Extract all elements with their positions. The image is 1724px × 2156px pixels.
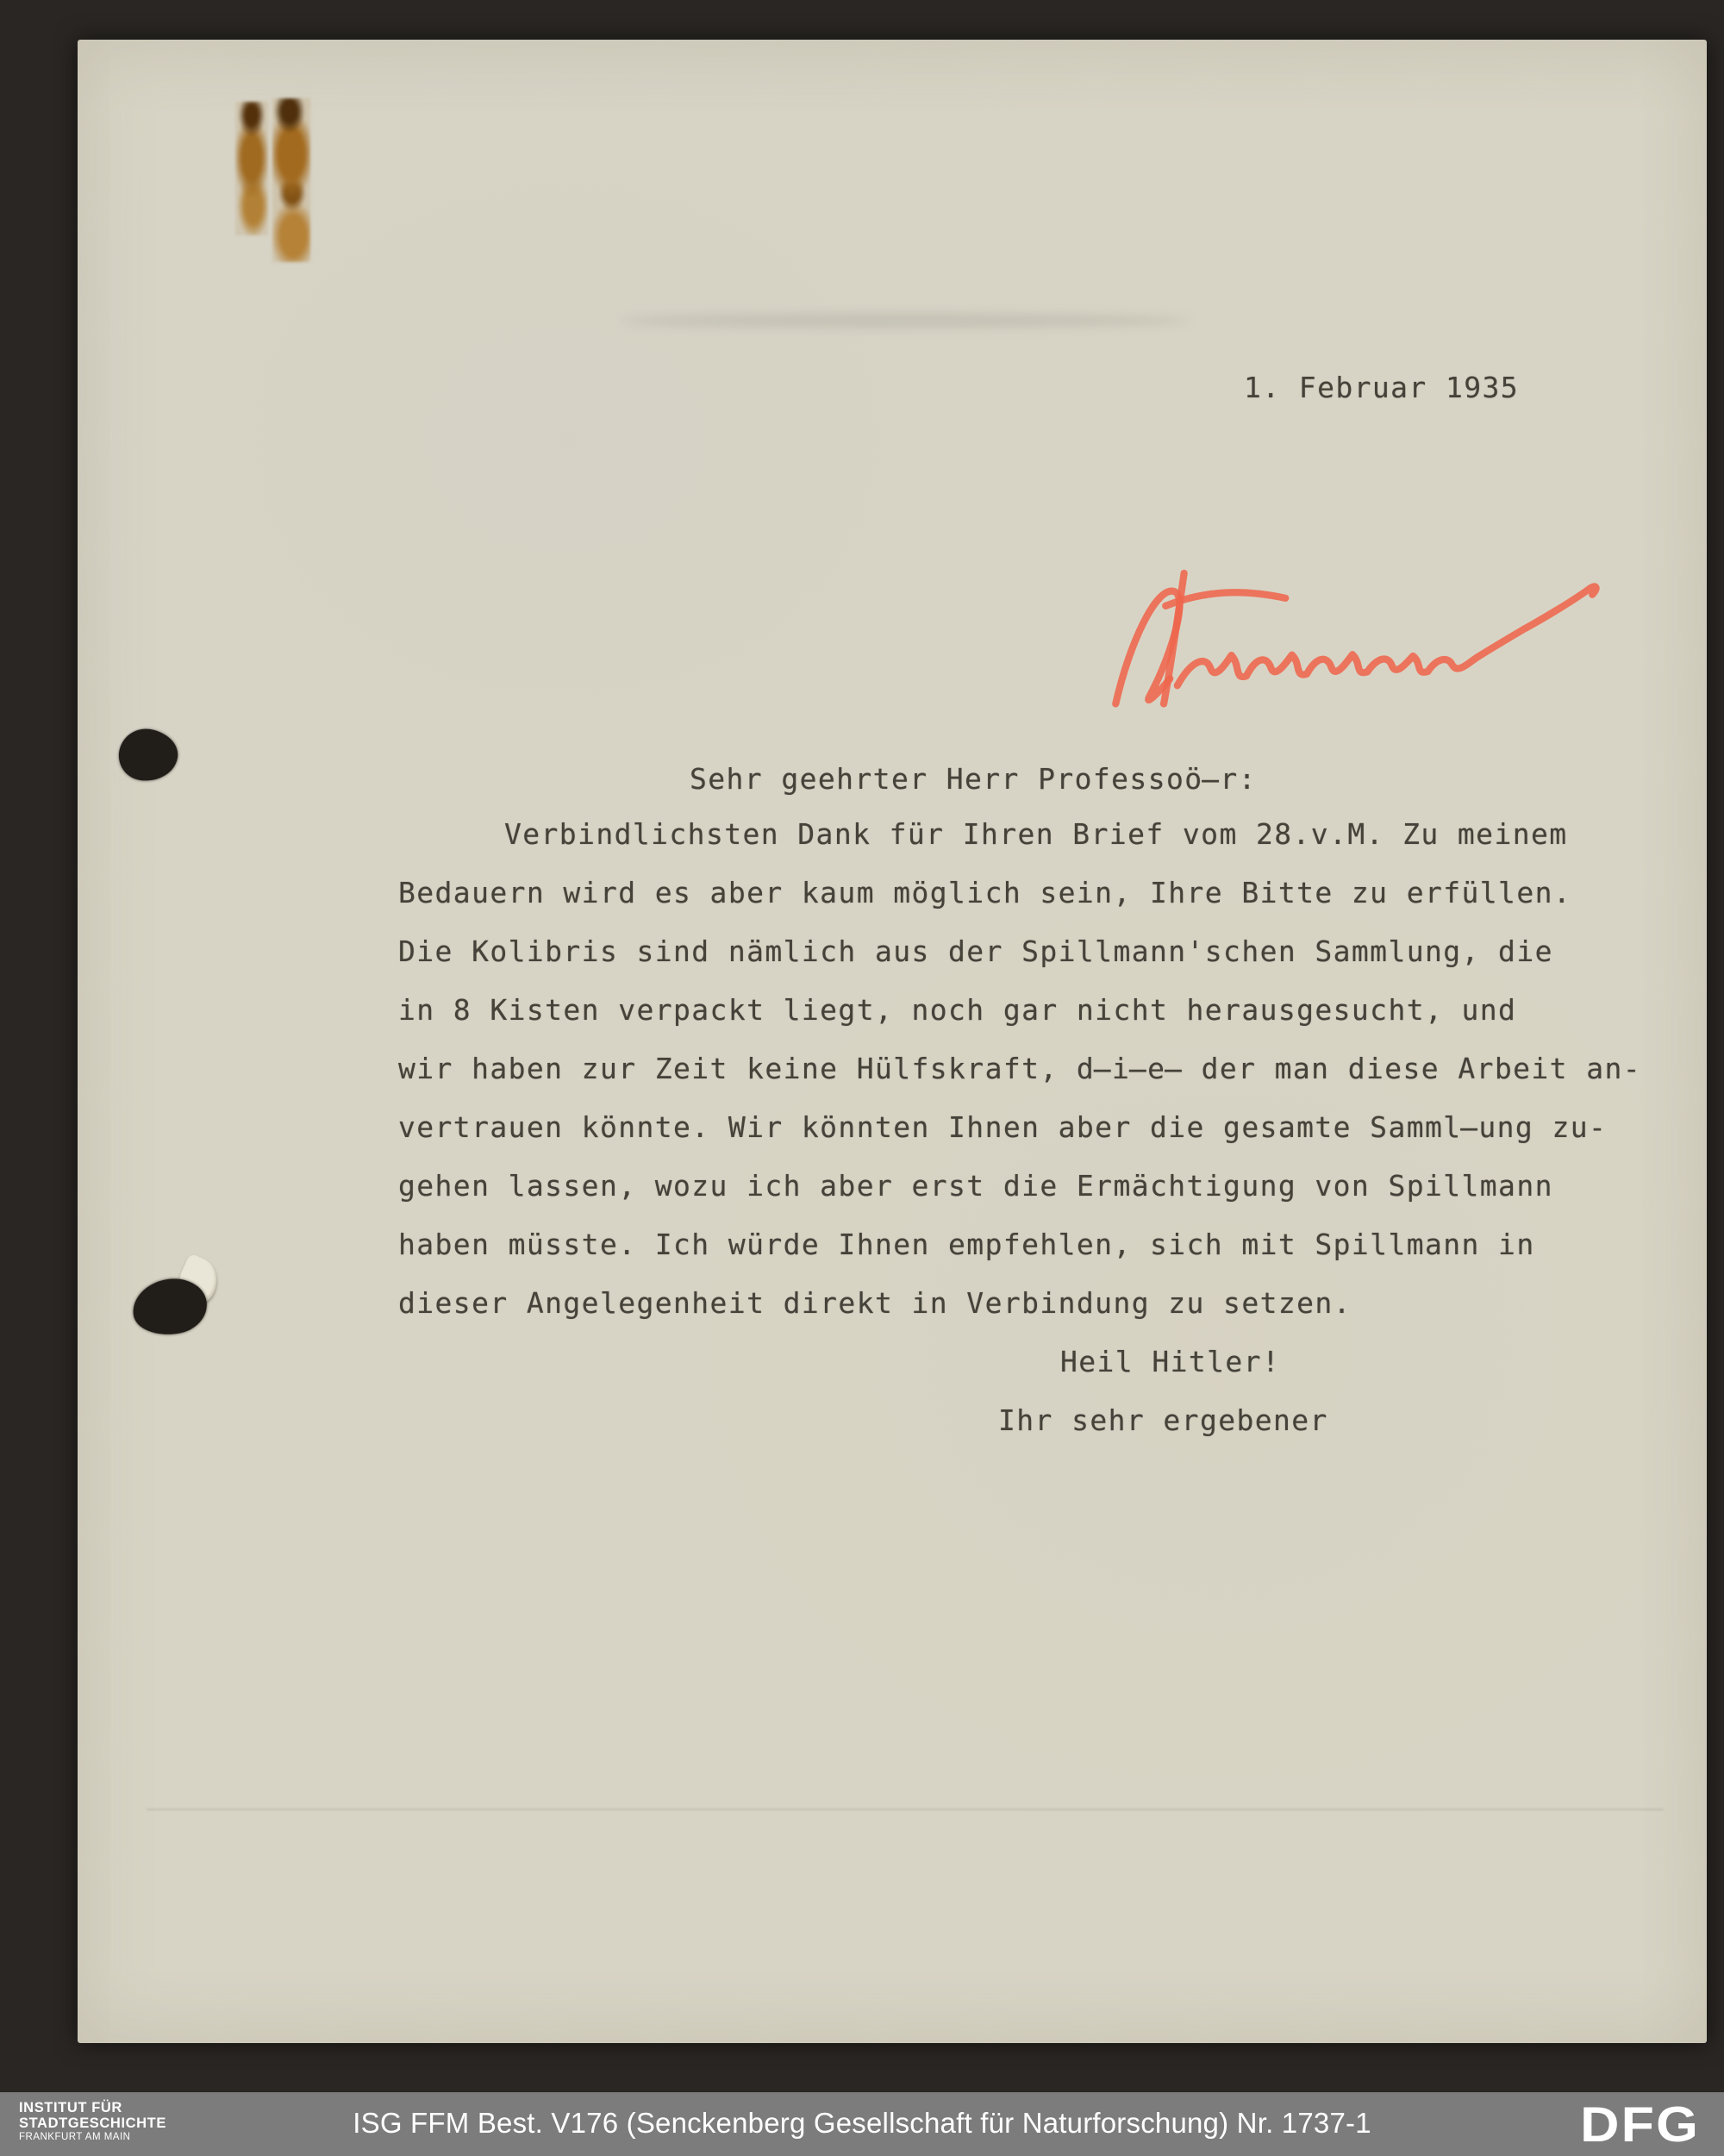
body-line: Die Kolibris sind nämlich aus der Spillm… [398,934,1553,968]
archive-reference: ISG FFM Best. V176 (Senckenberg Gesellsc… [0,2107,1724,2140]
body-line: Verbindlichsten Dank für Ihren Brief vom… [504,817,1568,851]
body-line: gehen lassen, wozu ich aber erst die Erm… [398,1169,1553,1203]
closing-line: Heil Hitler! [1060,1345,1280,1378]
paper-crease [147,1809,1664,1810]
body-line: Bedauern wird es aber kaum möglich sein,… [398,876,1571,909]
rust-stain [235,102,268,235]
letter-paper: 1. Februar 1935 Sehr geehrter Herr Profe… [78,40,1707,2043]
body-line: haben müsste. Ich würde Ihnen empfehlen,… [398,1228,1535,1261]
body-line: vertrauen könnte. Wir könnten Ihnen aber… [398,1110,1607,1144]
rust-stain [272,98,310,262]
archive-footer-bar: INSTITUT FÜR STADTGESCHICHTE FRANKFURT A… [0,2092,1724,2156]
handwritten-signature-icon [1084,545,1606,732]
letter-date: 1. Februar 1935 [1244,371,1519,404]
body-line: in 8 Kisten verpackt liegt, noch gar nic… [398,993,1516,1027]
body-line: wir haben zur Zeit keine Hülfskraft, d̶i… [398,1052,1641,1085]
signoff-line: Ihr sehr ergebener [998,1403,1328,1437]
body-line: dieser Angelegenheit direkt in Verbindun… [398,1286,1352,1320]
punch-hole [116,726,181,785]
salutation: Sehr geehrter Herr Professoö̶r: [690,762,1257,796]
smudge-mark [621,314,1190,328]
dfg-logo: DFG [1580,2096,1700,2153]
